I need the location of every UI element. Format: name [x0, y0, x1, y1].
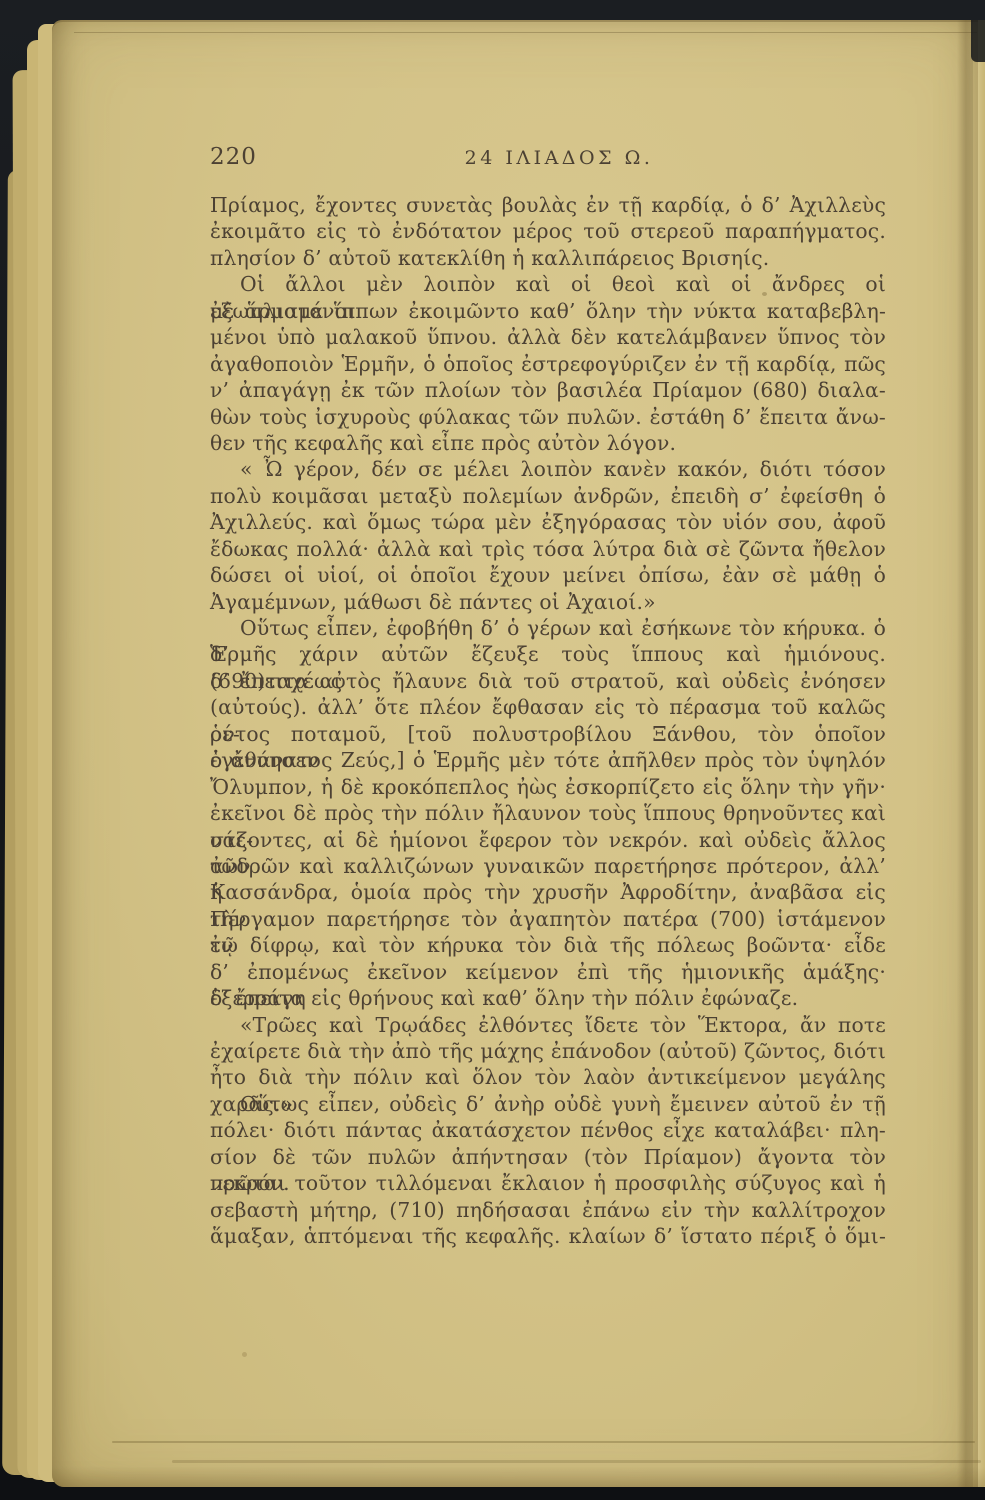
book-page: 220 24 ΙΛΙΑΔΟΣ Ω. Πρίαμος, ἔχοντες συνετ…: [52, 20, 985, 1487]
text-line: σεβαστὴ μήτηρ, (710) πηδήσασαι ἐπάνω εἰν…: [210, 1197, 886, 1223]
page-right-edge: [978, 20, 985, 1487]
corner-shadow: [971, 20, 985, 62]
text-line: «Τρῶες καὶ Τρῳάδες ἐλθόντες ἴδετε τὸν Ἕκ…: [210, 1012, 886, 1038]
text-line: ὁ ἀθάνατος Ζεύς,] ὁ Ἑρμῆς μὲν τότε ἀπῆλθ…: [210, 747, 886, 773]
text-line: (αὐτούς). ἀλλ’ ὅτε πλέον ἔφθασαν εἰς τὸ …: [210, 694, 886, 720]
text-line: πρῶται τοῦτον τιλλόμεναι ἔκλαιον ἡ προσφ…: [210, 1170, 886, 1196]
photo-backdrop: 220 24 ΙΛΙΑΔΟΣ Ω. Πρίαμος, ἔχοντες συνετ…: [0, 0, 985, 1500]
text-line: πλησίον δ’ αὐτοῦ κατεκλίθη ἡ καλλιπάρειο…: [210, 245, 886, 271]
text-line: ἔδωκας πολλά· ἀλλὰ καὶ τρὶς τόσα λύτρα δ…: [210, 536, 886, 562]
text-line: « Ὦ γέρον, δέν σε μέλει λοιπὸν κανὲν κακ…: [210, 456, 886, 482]
text-line: Ἀχιλλεύς. καὶ ὅμως τώρα μὲν ἐξηγόρασας τ…: [210, 509, 886, 535]
text-line: Ὄλυμπον, ἡ δὲ κροκόπεπλος ἠὼς ἐσκορπίζετ…: [210, 774, 886, 800]
text-line: δ’ ἐπομένως ἐκεῖνον κείμενον ἐπὶ τῆς ἡμι…: [210, 959, 886, 985]
text-line: Κασσάνδρα, ὁμοία πρὸς τὴν χρυσῆν Ἀφροδίτ…: [210, 879, 886, 905]
text-line: μένοι ὑπὸ μαλακοῦ ὕπνου. ἀλλὰ δὲν κατελά…: [210, 324, 886, 350]
running-header: 220 24 ΙΛΙΑΔΟΣ Ω.: [210, 144, 886, 174]
text-line: ἐχαίρετε διὰ τὴν ἀπὸ τῆς μάχης ἐπάνοδον …: [210, 1038, 886, 1064]
text-line: δ’ ἔπειτα αὐτὸς ἤλαυνε διὰ τοῦ στρατοῦ, …: [210, 668, 886, 694]
under-page-edge-line: [172, 1460, 981, 1463]
text-line: Πέργαμον παρετήρησε τὸν ἀγαπητὸν πατέρα …: [210, 906, 886, 932]
text-line: ν’ ἀπαγάγῃ ἐκ τῶν πλοίων τὸν βασιλέα Πρί…: [210, 377, 886, 403]
text-line: πολὺ κοιμᾶσαι μεταξὺ πολεμίων ἀνδρῶν, ἐπ…: [210, 483, 886, 509]
page-bottom-shading: [52, 1467, 985, 1487]
text-line: Πρίαμος, ἔχοντες συνετὰς βουλὰς ἐν τῇ κα…: [210, 192, 886, 218]
text-line: ἐκοιμᾶτο εἰς τὸ ἐνδότατον μέρος τοῦ στερ…: [210, 218, 886, 244]
header-title: 24 ΙΛΙΑΔΟΣ Ω.: [210, 147, 886, 169]
foxing-spot: [242, 1352, 247, 1357]
text-line: Οἱ ἄλλοι μὲν λοιπὸν καὶ οἱ θεοὶ καὶ οἱ ἄ…: [210, 271, 886, 297]
text-line: δ’ ἔπειτα εἰς θρήνους καὶ καθ’ ὅλην τὴν …: [210, 985, 886, 1011]
text-line: σίον δὲ τῶν πυλῶν ἀπήντησαν (τὸν Πρίαμον…: [210, 1144, 886, 1170]
text-line: μὲ ἅρματα ἵππων ἐκοιμῶντο καθ’ ὅλην τὴν …: [210, 298, 886, 324]
text-line: Οὕτως εἶπεν, ἐφοβήθη δ’ ὁ γέρων καὶ ἐσήκ…: [210, 615, 886, 641]
text-line: ἀγαθοποιὸν Ἑρμῆν, ὁ ὁποῖος ἐστρεφογύριζε…: [210, 351, 886, 377]
text-line: ἐκεῖνοι δὲ πρὸς τὴν πόλιν ἤλαυνον τοὺς ἵ…: [210, 800, 886, 826]
under-page-edge-line: [112, 1441, 975, 1443]
text-line: νάζοντες, αἱ δὲ ἡμίονοι ἔφερον τὸν νεκρό…: [210, 827, 886, 853]
text-line: Ἀγαμέμνων, μάθωσι δὲ πάντες οἱ Ἀχαιοί.»: [210, 589, 886, 615]
text-line: τῷ δίφρῳ, καὶ τὸν κήρυκα τὸν διὰ τῆς πόλ…: [210, 932, 886, 958]
text-line: ἦτο διὰ τὴν πόλιν καὶ ὅλον τὸν λαὸν ἀντι…: [210, 1064, 886, 1090]
text-line: Ἑρμῆς χάριν αὐτῶν ἔζευξε τοὺς ἵππους καὶ…: [210, 641, 886, 667]
text-line: πόλει· διότι πάντας ἀκατάσχετον πένθος ε…: [210, 1117, 886, 1143]
text-line: ἀνδρῶν καὶ καλλιζώνων γυναικῶν παρετήρησ…: [210, 853, 886, 879]
page-top-edge-line: [74, 32, 977, 33]
gutter-crease: [957, 20, 973, 1487]
text-line: Οὕτως εἶπεν, οὐδεὶς δ’ ἀνὴρ οὐδὲ γυνὴ ἔμ…: [210, 1091, 886, 1117]
text-line: ἅμαξαν, ἁπτόμεναι τῆς κεφαλῆς. κλαίων δ’…: [210, 1223, 886, 1249]
text-line: θεν τῆς κεφαλῆς καὶ εἶπε πρὸς αὐτὸν λόγο…: [210, 430, 886, 456]
text-line: οντος ποταμοῦ, [τοῦ πολυστροβίλου Ξάνθου…: [210, 721, 886, 747]
body-text: Πρίαμος, ἔχοντες συνετὰς βουλὰς ἐν τῇ κα…: [210, 192, 886, 1250]
text-line: δώσει οἱ υἱοί, οἱ ὁποῖοι ἔχουν μείνει ὀπ…: [210, 562, 886, 588]
text-line: θὼν τοὺς ἰσχυροὺς φύλακας τῶν πυλῶν. ἐστ…: [210, 404, 886, 430]
